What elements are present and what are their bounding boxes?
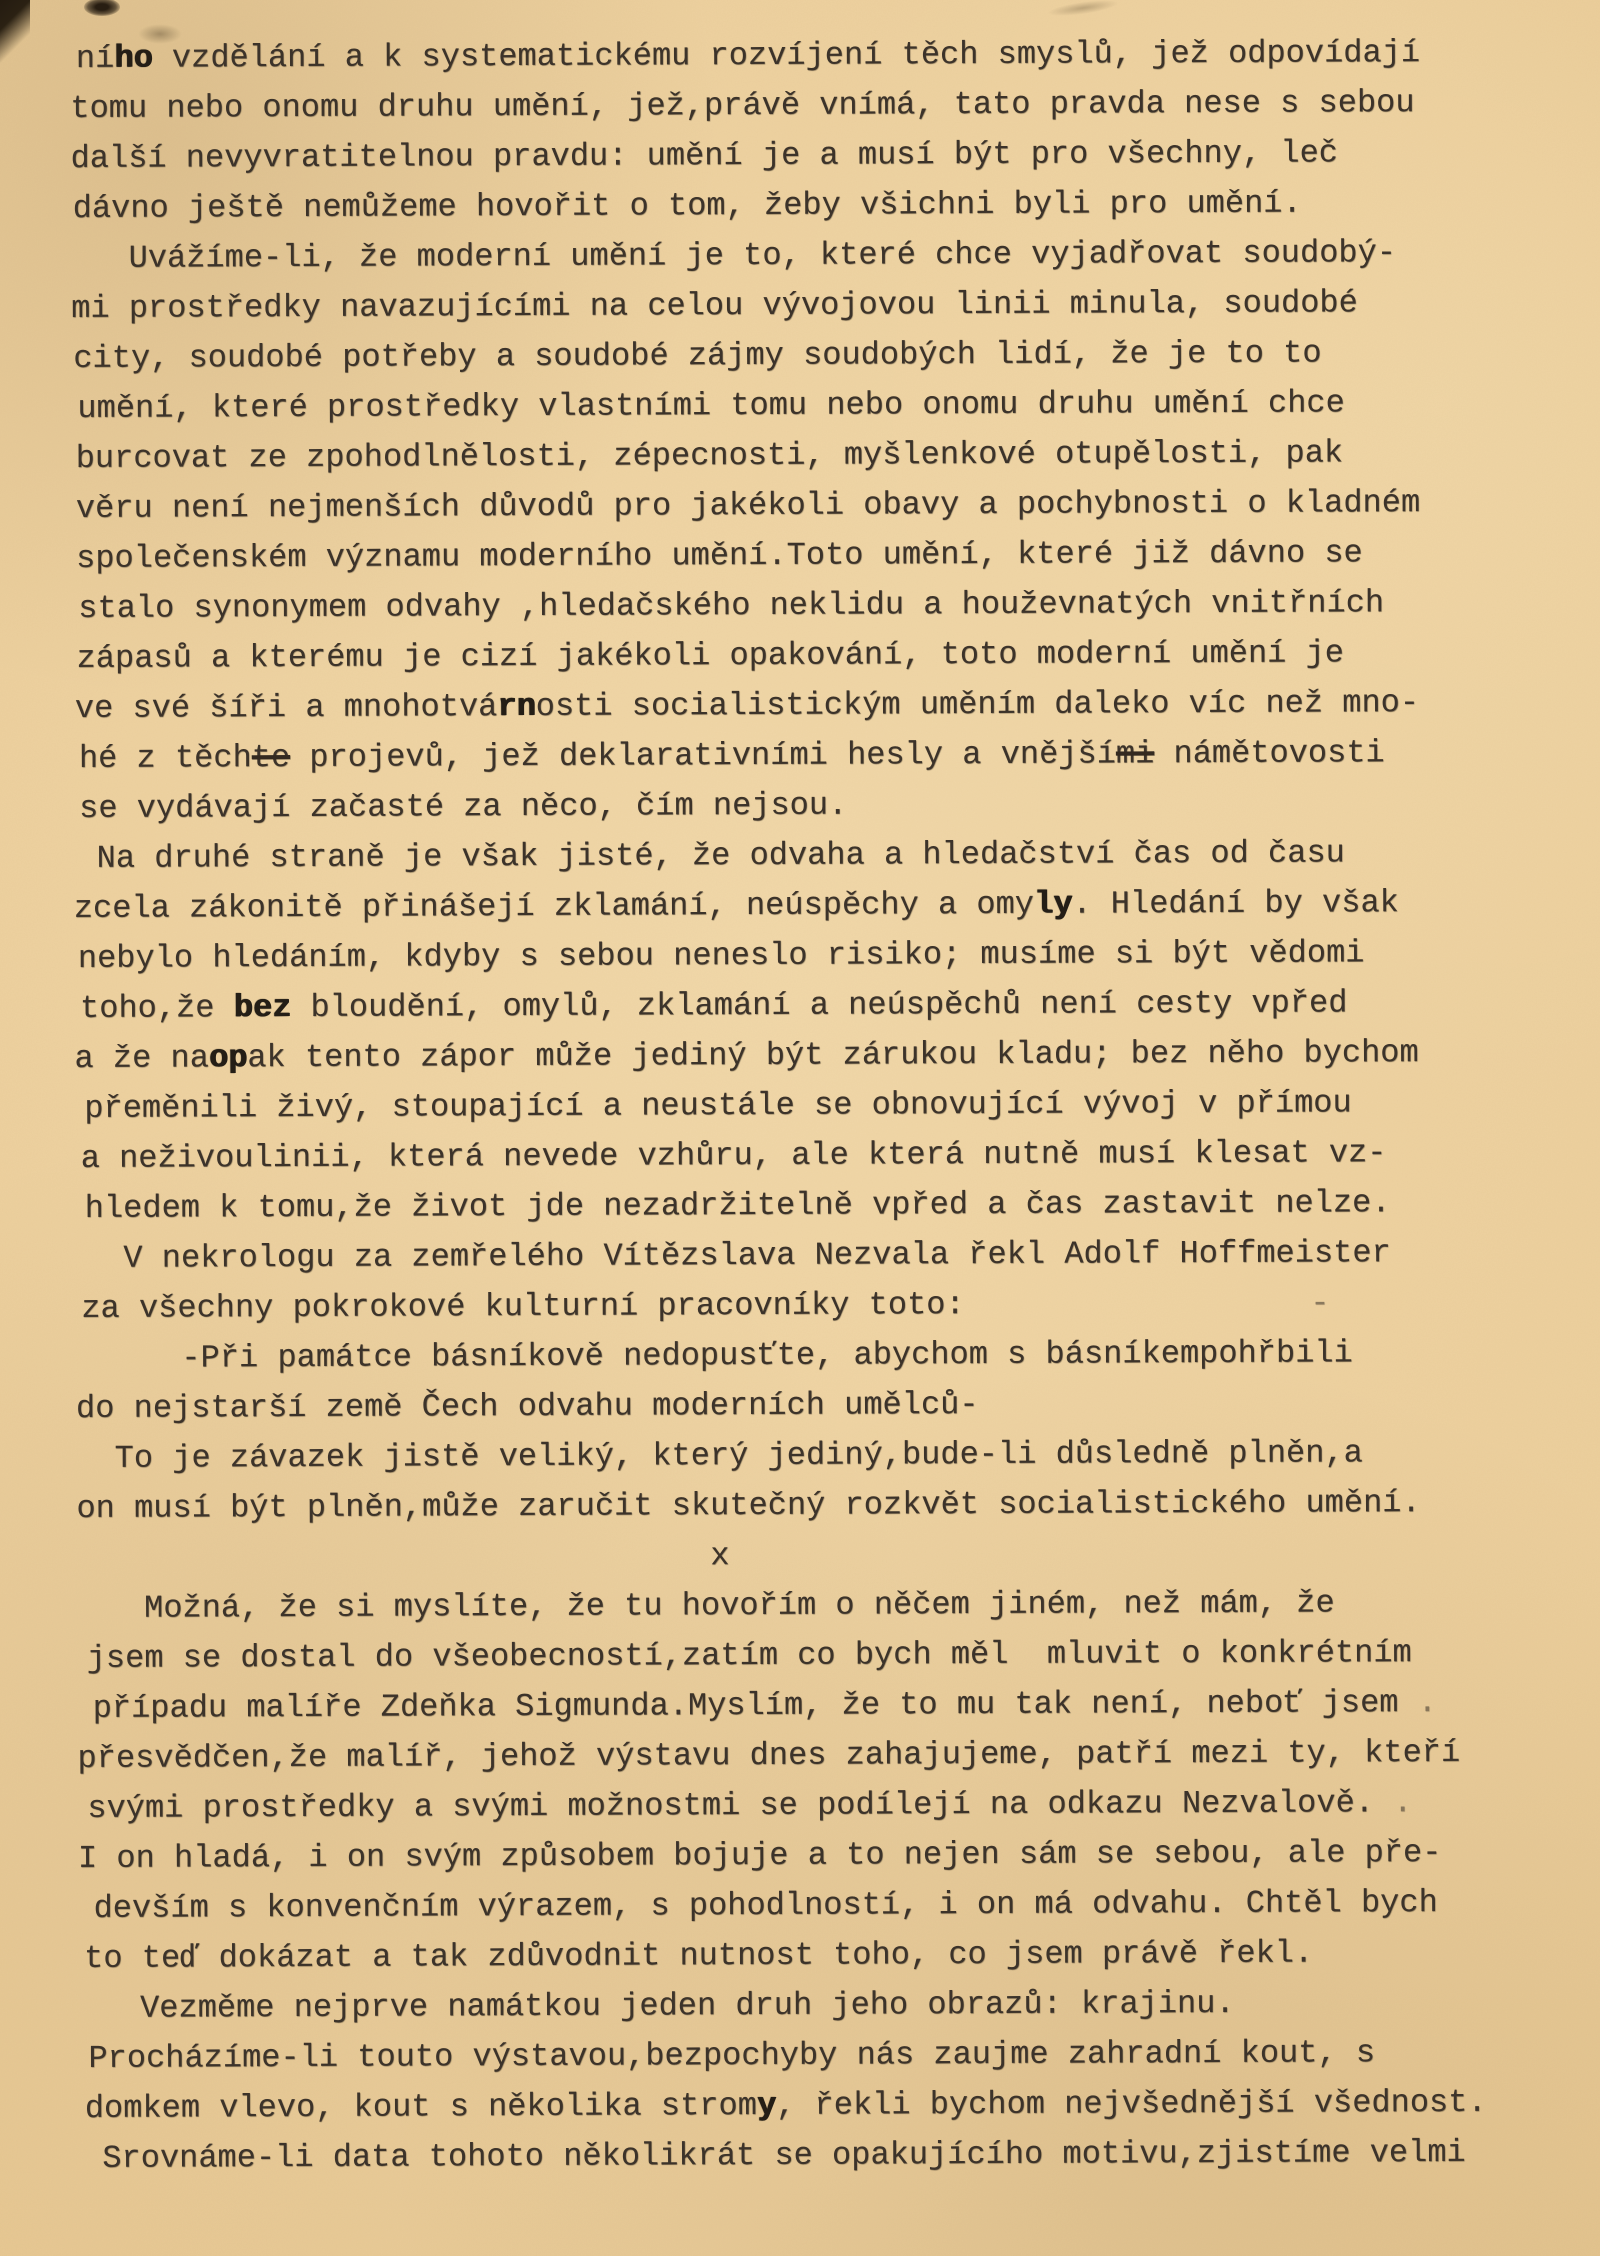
typed-line-segment: hledem k tomu,že život jde nezadržitelně…	[85, 1184, 1391, 1227]
typed-line: věru není nejmenších důvodů pro jakékoli…	[72, 478, 1480, 534]
page-text: ního vzdělání a k systematickému rozvíje…	[70, 28, 1487, 2184]
typed-line-segment: a neživoulinii, která nevede vzhůru, ale…	[81, 1134, 1387, 1177]
typed-line-segment: zcela zákonitě přinášejí zklamání, neúsp…	[74, 886, 1034, 927]
typed-line: hé z těchte projevů, jež deklarativními …	[73, 728, 1481, 784]
typed-line: Procházíme-li touto výstavou,bezpochyby …	[79, 2028, 1487, 2084]
typed-line-segment: dávno ještě nemůžeme hovořit o tom, žeby…	[73, 185, 1302, 227]
typed-line-segment: city, soudobé potřeby a soudobé zájmy so…	[73, 335, 1321, 377]
typed-line: -Při památce básníkově nedopusťte, abych…	[76, 1328, 1484, 1384]
typed-line-segment: se vydávají začasté za něco, čím nejsou.	[79, 787, 847, 827]
typed-line: burcovat ze zpohodlnělosti, zépecnosti, …	[72, 428, 1480, 484]
typed-line: zcela zákonitě přinášejí zklamání, neúsp…	[74, 878, 1482, 934]
typed-line-segment: te	[252, 739, 291, 776]
typed-line: přeměnili živý, stoupající a neustále se…	[75, 1078, 1483, 1134]
typed-line: I on hladá, i on svým způsobem bojuje a …	[78, 1828, 1486, 1884]
typed-line-segment: vzdělání a k systematickému rozvíjení tě…	[153, 34, 1421, 77]
typed-line-segment: . Hledání by však	[1072, 884, 1399, 922]
typed-line-segment: x	[710, 1537, 729, 1574]
typed-line: hledem k tomu,že život jde nezadržitelně…	[75, 1178, 1483, 1234]
typed-line-segment: mi prostředky navazujícími na celou vývo…	[71, 284, 1358, 327]
typed-line-segment: I on hladá, i on svým způsobem bojuje a …	[78, 1834, 1442, 1877]
typed-line-segment: ve své šíři a mnohotvá	[75, 688, 498, 727]
ink-splotch	[84, 0, 120, 16]
typed-line-segment: stalo synonymem odvahy ,hledačského nekl…	[78, 584, 1384, 627]
typed-line-segment: zápasů a kterému je cizí jakékoli opakov…	[76, 634, 1344, 677]
typed-line: společenském významu moderního umění.Tot…	[72, 528, 1480, 584]
typed-line: svými prostředky a svými možnostmi se po…	[78, 1778, 1486, 1834]
typed-line-segment: ho	[114, 40, 153, 77]
typed-line: Srovnáme-li data tohoto několikrát se op…	[79, 2128, 1487, 2184]
typed-line: mi prostředky navazujícími na celou vývo…	[71, 278, 1479, 334]
typed-line-segment: burcovat ze zpohodlnělosti, zépecnosti, …	[76, 434, 1344, 477]
typed-line: Uvážíme-li, že moderní umění je to, kter…	[71, 228, 1479, 284]
typed-line-segment: mi	[1116, 735, 1155, 772]
typed-line: V nekrologu za zemřelého Vítězslava Nezv…	[75, 1228, 1483, 1284]
typed-line-segment: a že na	[74, 1039, 209, 1077]
typed-line: jsem se dostal do všeobecností,zatím co …	[77, 1628, 1485, 1684]
typed-line-segment: -	[965, 1285, 1330, 1324]
typed-line: Vezměme nejprve namátkou jeden druh jeho…	[79, 1978, 1487, 2034]
typed-line-segment: námětovosti	[1154, 734, 1385, 772]
typed-line-segment: Na druhé straně je však jisté, že odvaha…	[97, 834, 1345, 876]
typed-line-segment: bloudění, omylů, zklamání a neúspěchů ne…	[291, 984, 1347, 1026]
typed-line: devším s konvenčním výrazem, s pohodlnos…	[78, 1878, 1486, 1934]
typewritten-page: ního vzdělání a k systematickému rozvíje…	[0, 0, 1600, 2256]
typed-line: stalo synonymem odvahy ,hledačského nekl…	[72, 578, 1480, 634]
typed-line-segment: Vezměme nejprve namátkou jeden druh jeho…	[140, 1985, 1235, 2027]
typed-line: on musí být plněn,může zaručit skutečný …	[76, 1478, 1484, 1534]
typed-line-segment: Srovnáme-li data tohoto několikrát se op…	[102, 2134, 1466, 2177]
typed-line-segment: hé z těch	[79, 739, 252, 777]
typed-line-segment: ak tento zápor může jediný být zárukou k…	[247, 1034, 1419, 1076]
typed-line-segment: nebylo hledáním, kdyby s sebou neneslo r…	[78, 934, 1365, 977]
typed-line-segment: tomu nebo onomu druhu umění, jež,právě v…	[70, 84, 1414, 127]
typed-line: to teď dokázat a tak zdůvodnit nutnost t…	[78, 1928, 1486, 1984]
typed-line: To je závazek jistě veliký, který jediný…	[76, 1428, 1484, 1484]
typed-line-segment: osti socialistickým uměním daleko víc ne…	[536, 684, 1419, 725]
typed-line-segment: domkem vlevo, kout s několika strom	[85, 2087, 757, 2127]
typed-line: se vydávají začasté za něco, čím nejsou.	[73, 778, 1481, 834]
typed-line: x	[77, 1528, 1485, 1584]
typed-line-segment: jsem se dostal do všeobecností,zatím co …	[87, 1634, 1412, 1677]
typed-line-segment: -Při památce básníkově nedopusťte, abych…	[181, 1334, 1353, 1376]
typed-line-segment: Procházíme-li touto výstavou,bezpochyby …	[88, 2034, 1375, 2077]
typed-line-segment: za všechny pokrokové kulturní pracovníky…	[81, 1286, 964, 1327]
typed-line-segment: umění, které prostředky vlastními tomu n…	[77, 384, 1345, 427]
typed-line-segment: přesvědčen,že malíř, jehož výstavu dnes …	[77, 1734, 1460, 1777]
typed-line: tomu nebo onomu druhu umění, jež,právě v…	[70, 78, 1478, 134]
typed-line-segment: op	[209, 1039, 248, 1076]
typed-line-segment: .	[1374, 1784, 1413, 1821]
scan-corner-shadow	[0, 0, 30, 64]
typed-line-segment: To je závazek jistě veliký, který jediný…	[115, 1434, 1363, 1476]
typed-line: zápasů a kterému je cizí jakékoli opakov…	[73, 628, 1481, 684]
typed-line: ního vzdělání a k systematickému rozvíje…	[70, 28, 1478, 84]
typed-line: nebylo hledáním, kdyby s sebou neneslo r…	[74, 928, 1482, 984]
typed-line: a že naopak tento zápor může jediný být …	[74, 1028, 1482, 1084]
typed-line: city, soudobé potřeby a soudobé zájmy so…	[71, 328, 1479, 384]
typed-line-segment: Uvážíme-li, že moderní umění je to, kter…	[129, 234, 1397, 277]
typed-line: přesvědčen,že malíř, jehož výstavu dnes …	[77, 1728, 1485, 1784]
typed-line-segment: on musí být plněn,může zaručit skutečný …	[76, 1484, 1420, 1527]
typed-line: Na druhé straně je však jisté, že odvaha…	[73, 828, 1481, 884]
typed-line-segment: společenském významu moderního umění.Tot…	[76, 534, 1363, 577]
typed-line-segment: .	[1398, 1684, 1437, 1721]
typed-line-segment: další nevyvratitelnou pravdu: umění je a…	[70, 134, 1338, 177]
typed-line: umění, které prostředky vlastními tomu n…	[72, 378, 1480, 434]
typed-line-segment: věru není nejmenších důvodů pro jakékoli…	[76, 484, 1420, 527]
typed-line: do nejstarší země Čech odvahu moderních …	[76, 1378, 1484, 1434]
typed-line: ve své šíři a mnohotvárnosti socialistic…	[73, 678, 1481, 734]
typed-line-segment: rn	[497, 688, 536, 725]
typed-line-segment: Možná, že si myslíte, že tu hovořím o ně…	[144, 1584, 1335, 1626]
typed-line-segment: y	[757, 2087, 776, 2124]
typed-line: případu malíře Zdeňka Sigmunda.Myslím, ž…	[77, 1678, 1485, 1734]
typed-line: Možná, že si myslíte, že tu hovořím o ně…	[77, 1578, 1485, 1634]
typed-line: domkem vlevo, kout s několika stromy, ře…	[79, 2078, 1487, 2134]
typed-line-segment: V nekrologu za zemřelého Vítězslava Nezv…	[123, 1234, 1391, 1277]
typed-line: další nevyvratitelnou pravdu: umění je a…	[70, 128, 1478, 184]
typed-line-segment: do nejstarší země Čech odvahu moderních …	[76, 1386, 979, 1427]
ink-smudge	[1048, 0, 1119, 19]
typed-line: za všechny pokrokové kulturní pracovníky…	[75, 1278, 1483, 1334]
typed-line-segment: projevů, jež deklarativními hesly a vněj…	[290, 735, 1116, 776]
typed-line-segment: , řekli bychom nejvšednější všednost.	[776, 2084, 1487, 2124]
typed-line-segment: ní	[76, 40, 115, 77]
typed-line-segment: případu malíře Zdeňka Sigmunda.Myslím, ž…	[93, 1684, 1399, 1727]
typed-line-segment: to teď dokázat a tak zdůvodnit nutnost t…	[84, 1935, 1313, 1977]
typed-line-segment: devším s konvenčním výrazem, s pohodlnos…	[93, 1884, 1437, 1927]
typed-line-segment: ly	[1034, 886, 1073, 923]
typed-line-segment: svými prostředky a svými možnostmi se po…	[87, 1784, 1374, 1827]
typed-line: a neživoulinii, která nevede vzhůru, ale…	[75, 1128, 1483, 1184]
typed-line-segment: přeměnili živý, stoupající a neustále se…	[84, 1084, 1352, 1127]
typed-line: toho,že bez bloudění, omylů, zklamání a …	[74, 978, 1482, 1034]
typed-line-segment: bez	[234, 989, 292, 1026]
typed-line: dávno ještě nemůžeme hovořit o tom, žeby…	[71, 178, 1479, 234]
typed-line-segment: toho,že	[80, 989, 234, 1027]
